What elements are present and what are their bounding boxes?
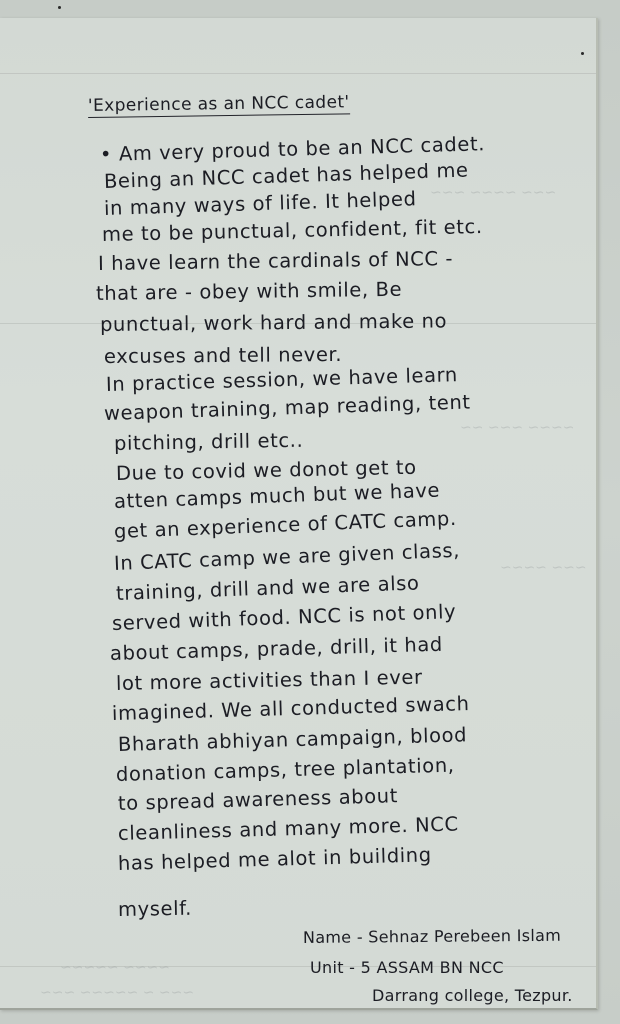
body-line: In practice session, we have learn	[106, 363, 458, 396]
body-line: weapon training, map reading, tent	[104, 390, 471, 425]
body-line: I have learn the cardinals of NCC -	[98, 247, 453, 275]
body-line: lot more activities than I ever	[116, 666, 423, 695]
body-line: that are - obey with smile, Be	[96, 278, 402, 305]
body-line: served with food. NCC is not only	[112, 600, 457, 635]
body-line: punctual, work hard and make no	[100, 309, 447, 336]
body-line: has helped me alot in building	[118, 843, 432, 875]
signature-unit: Unit - 5 ASSAM BN NCC	[310, 958, 504, 977]
signature-college: Darrang college, Tezpur.	[372, 986, 573, 1005]
document-title: 'Experience as an NCC cadet'	[88, 92, 350, 118]
body-line: pitching, drill etc..	[114, 429, 304, 455]
body-line: myself.	[118, 897, 192, 921]
body-line: imagined. We all conducted swach	[112, 692, 470, 725]
body-line: get an experience of CATC camp.	[114, 507, 458, 543]
body-line: training, drill and we are also	[116, 571, 420, 605]
body-line: Bharath abhiyan campaign, blood	[118, 723, 468, 756]
body-line: about camps, prade, drill, it had	[110, 633, 443, 665]
handwritten-document: 'Experience as an NCC cadet' • Am very p…	[0, 0, 620, 1024]
body-line: excuses and tell never.	[104, 343, 342, 368]
body-line: In CATC camp we are given class,	[114, 539, 461, 575]
body-line: me to be punctual, confident, fit etc.	[102, 215, 483, 246]
body-line: in many ways of life. It helped	[104, 187, 417, 220]
body-line: to spread awareness about	[118, 784, 399, 815]
body-line: donation camps, tree plantation,	[116, 754, 455, 786]
body-line: cleanliness and many more. NCC	[118, 812, 459, 845]
signature-name: Name - Sehnaz Perebeen Islam	[303, 926, 561, 947]
